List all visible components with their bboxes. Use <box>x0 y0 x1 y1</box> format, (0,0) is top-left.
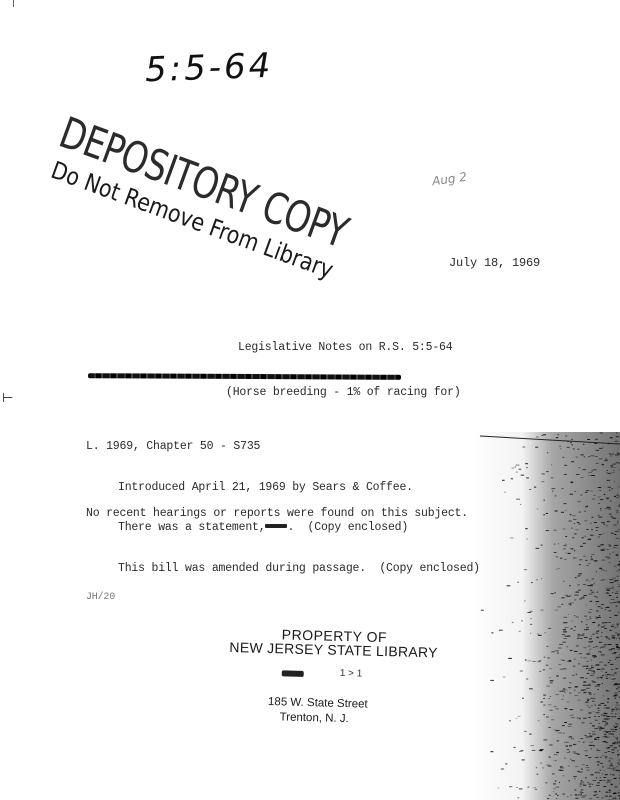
document-date: July 18, 1969 <box>449 256 540 270</box>
corner-tick-mark <box>13 0 14 7</box>
typist-initials: JH/20 <box>86 592 115 603</box>
scanner-edge-noise <box>470 432 620 800</box>
stamp-marks: 1 > 1 <box>340 668 363 680</box>
redaction-mark <box>265 524 287 528</box>
law-introduced: Introduced April 21, 1969 by Sears & Cof… <box>86 481 480 495</box>
law-reference-block: L. 1969, Chapter 50 - S735 Introduced Ap… <box>86 413 480 589</box>
hearings-note: No recent hearings or reports were found… <box>86 507 468 520</box>
law-statement: There was a statement,. (Copy enclosed) <box>86 521 480 535</box>
pencil-annotation: Aug 2 <box>431 170 467 189</box>
statement-suffix: . (Copy enclosed) <box>287 521 408 534</box>
stamp-city: Trenton, N. J. <box>267 710 367 728</box>
struck-out-line <box>88 373 401 380</box>
stamp-address: 185 W. State Street Trenton, N. J. <box>267 695 367 728</box>
stamp-smudge <box>282 670 304 677</box>
law-amended: This bill was amended during passage. (C… <box>86 562 480 576</box>
title-line-1: Legislative Notes on R.S. 5:5-64 <box>226 340 461 355</box>
statement-prefix: There was a statement, <box>118 521 265 534</box>
stamp-library-name: NEW JERSEY STATE LIBRARY <box>229 639 438 660</box>
handwritten-statute-number: 5:5-64 <box>144 46 274 90</box>
document-title: Legislative Notes on R.S. 5:5-64 (Horse … <box>226 310 461 415</box>
depository-copy-stamp: DEPOSITORY COPY Do Not Remove From Libra… <box>62 96 392 286</box>
margin-mark: ⊢ <box>2 391 13 406</box>
title-line-2: (Horse breeding - 1% of racing for) <box>226 385 461 400</box>
law-heading: L. 1969, Chapter 50 - S735 <box>86 440 480 454</box>
